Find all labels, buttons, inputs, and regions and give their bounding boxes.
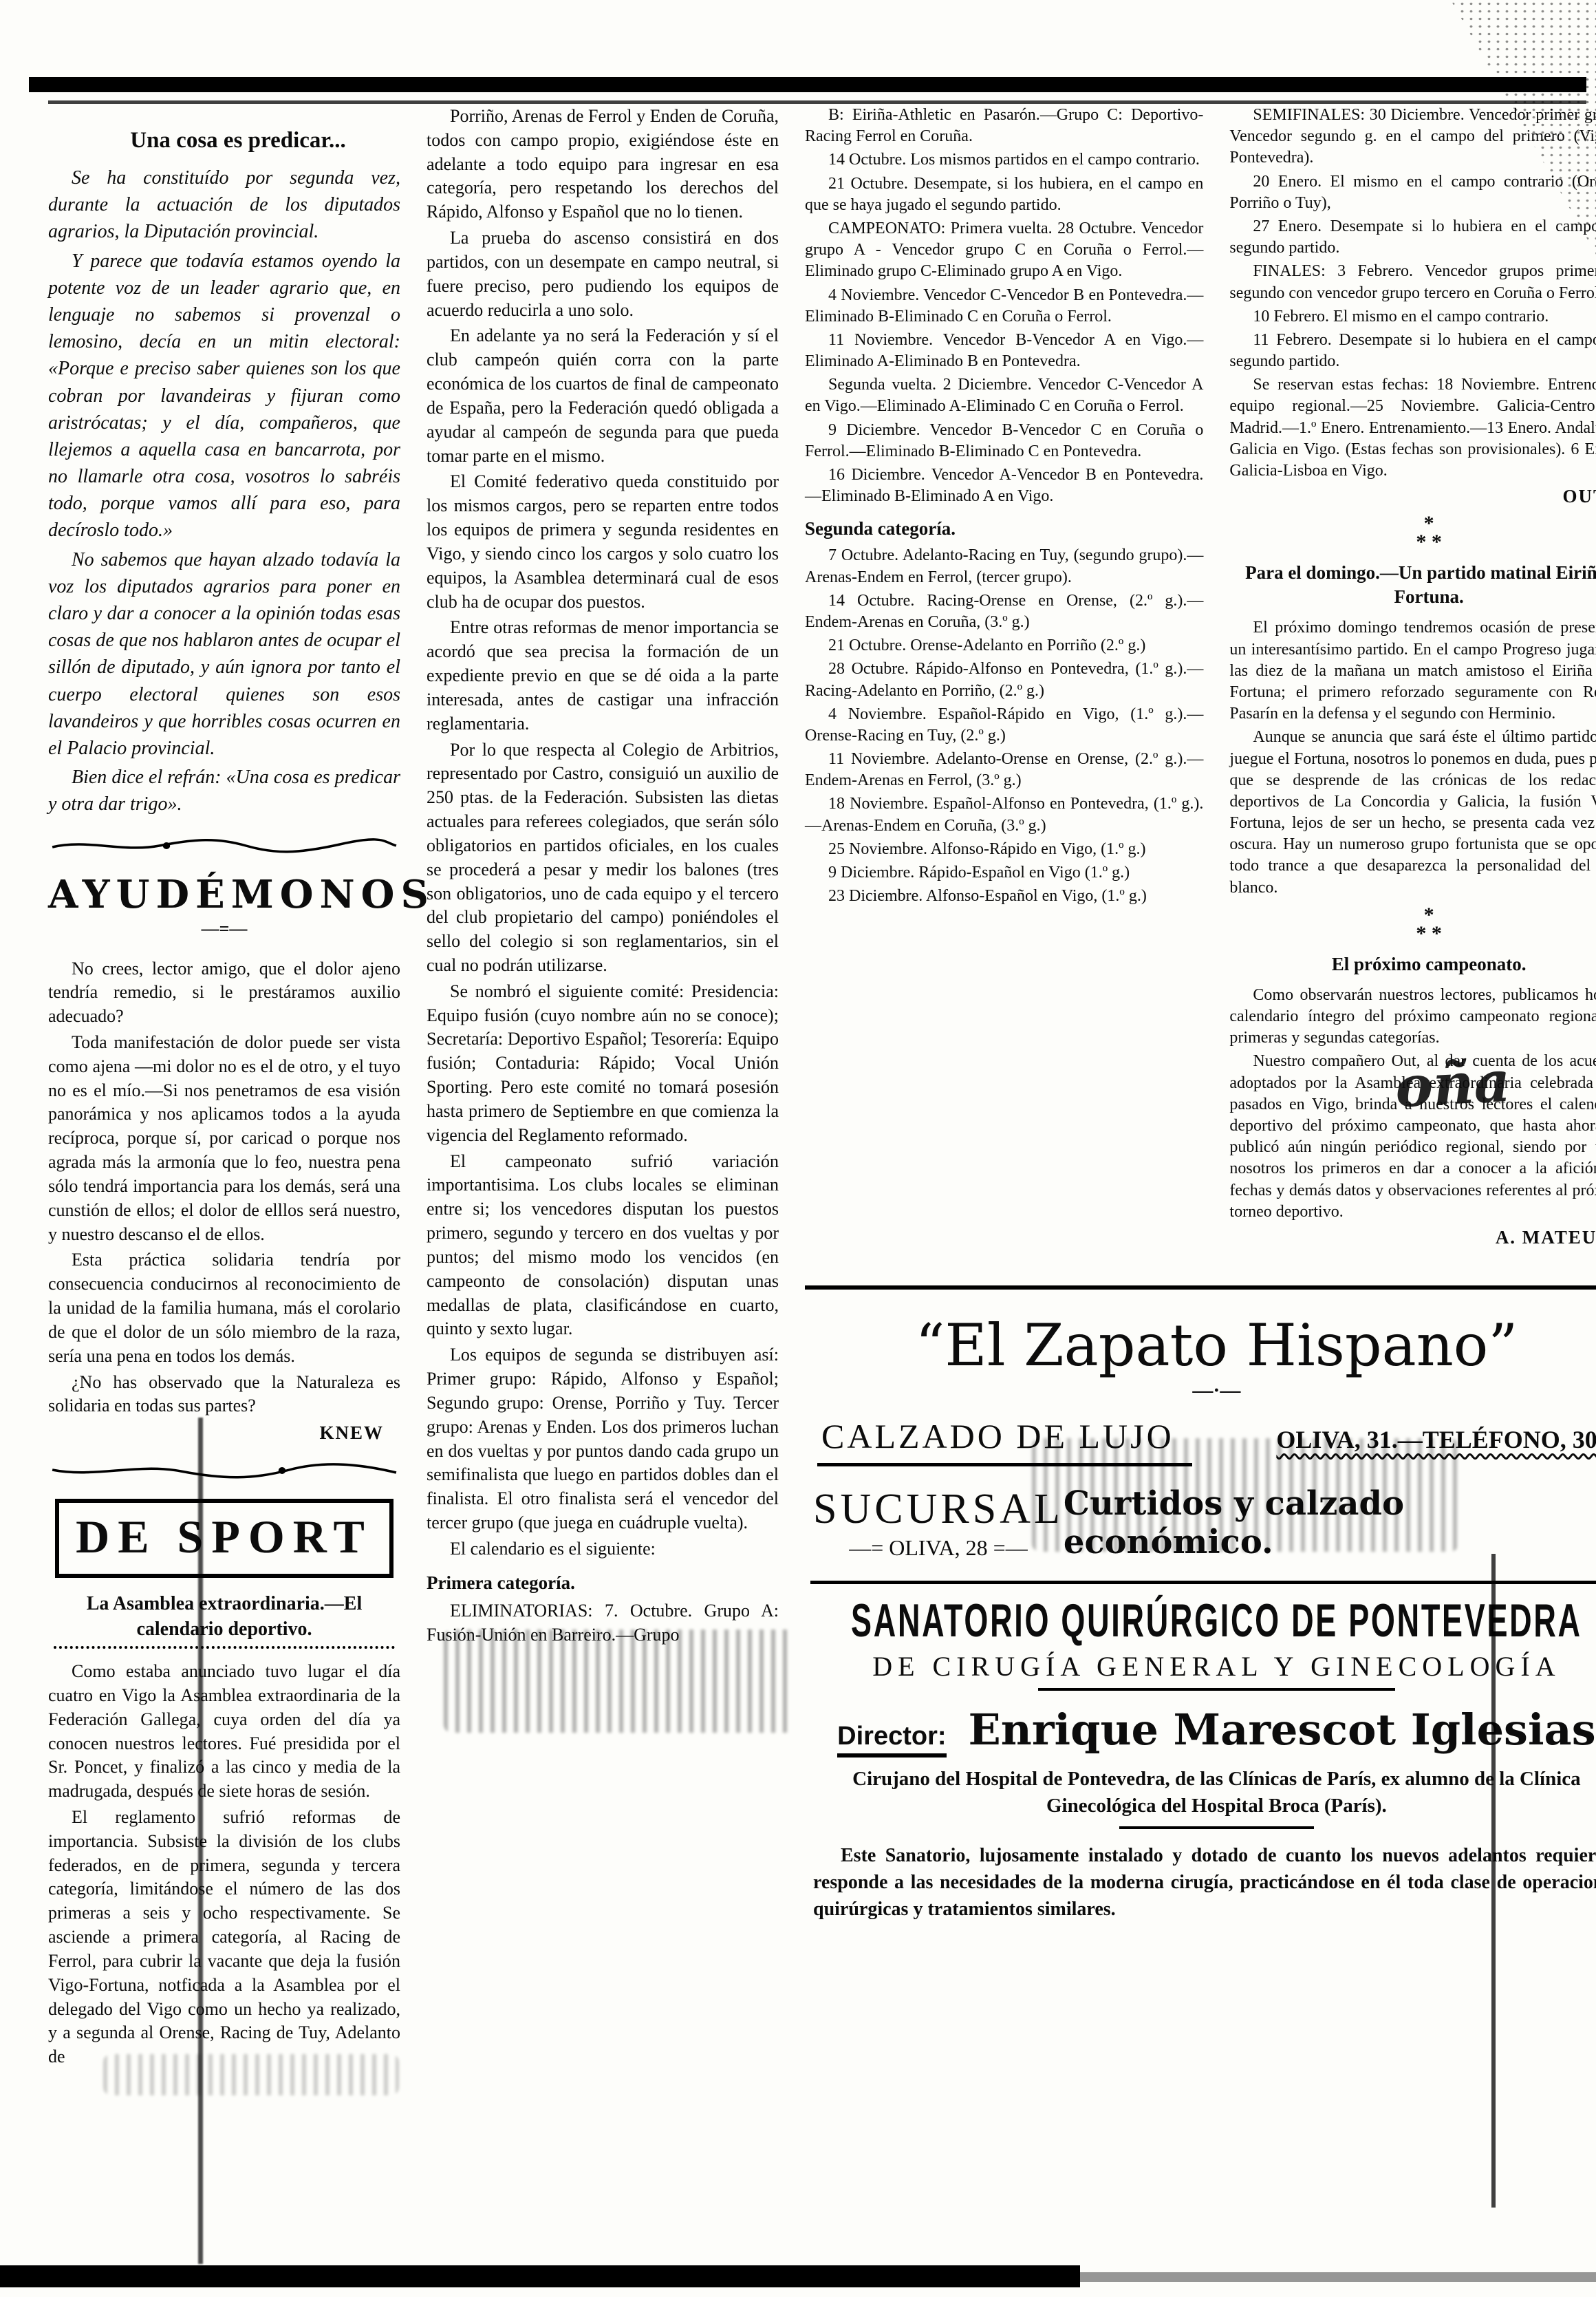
paragraph: ¿No has observado que la Naturaleza es s… [48, 1371, 400, 1419]
ornament-divider [51, 1462, 398, 1479]
top-rule [29, 77, 1586, 92]
asterism-divider: * * * [1229, 906, 1596, 943]
article-subtitle: El próximo campeonato. [1236, 952, 1596, 976]
paragraph: 7 Octubre. Adelanto-Racing en Tuy, (segu… [805, 545, 1203, 588]
paragraph: 21 Octubre. Orense-Adelanto en Porriño (… [805, 635, 1203, 656]
section-title-ayudemonos: AYUDÉMONOS [48, 872, 400, 917]
column-1: Una cosa es predicar... Se ha constituíd… [48, 105, 400, 2071]
asterism-bottom: * * [1229, 924, 1596, 943]
signature: KNEW [48, 1422, 400, 1444]
ad-divider-rule [810, 1581, 1596, 1584]
paragraph: El próximo domingo tendremos ocasión de … [1229, 617, 1596, 725]
paragraph: Por lo que respecta al Colegio de Arbitr… [427, 738, 779, 978]
bottom-rule [0, 2265, 1080, 2287]
ad-director-name: Enrique Marescot Iglesias [969, 1705, 1596, 1755]
ornament-divider [51, 836, 398, 854]
advertisements: “El Zapato Hispano” —·— CALZADO DE LUJO … [805, 1285, 1596, 1923]
dashed-rule [54, 1646, 395, 1649]
asterism-top: * [1229, 906, 1596, 924]
ad-tagline-luxury: CALZADO DE LUJO [817, 1416, 1192, 1466]
paragraph: 14 Octubre. Los mismos partidos en el ca… [805, 149, 1203, 171]
paragraph: 9 Diciembre. Vencedor B-Vencedor C en Co… [805, 420, 1203, 462]
paragraph: B: Eiriña-Athletic en Pasarón.—Grupo C: … [805, 105, 1203, 147]
ad-tagline-economy: Curtidos y calzado económico. [1064, 1484, 1596, 1561]
paragraph: Segunda vuelta. 2 Diciembre. Vencedor C-… [805, 374, 1203, 417]
paragraph: El reglamento sufrió reformas de importa… [48, 1806, 400, 2069]
signature: A. MATEUR [1229, 1227, 1596, 1248]
paragraph: El campeonato sufrió variación important… [427, 1150, 779, 1342]
paragraph: 4 Noviembre. Español-Rápido en Vigo, (1.… [805, 704, 1203, 747]
article-subtitle: La Asamblea extraordinaria.—El calendari… [51, 1592, 398, 1642]
paragraph: El Comité federativo queda constituido p… [427, 470, 779, 614]
paragraph: Como estaba anunciado tuvo lugar el día … [48, 1660, 400, 1804]
bottom-rule-right [1080, 2272, 1596, 2282]
paragraph: 11 Noviembre. Vencedor B-Vencedor A en V… [805, 330, 1203, 372]
ad-branch-address: —= OLIVA, 28 =— [813, 1535, 1064, 1561]
paragraph: No crees, lector amigo, que el dolor aje… [48, 957, 400, 1029]
paragraph: 28 Octubre. Rápido-Alfonso en Pontevedra… [805, 659, 1203, 701]
category-heading: Segunda categoría. [805, 518, 1203, 539]
asterism-divider: * * * [1229, 514, 1596, 551]
ad-address-phone: OLIVA, 31.—TELÉFONO, 308. [1276, 1425, 1596, 1454]
newspaper-page: Una cosa es predicar... Se ha constituíd… [0, 0, 1596, 2297]
paragraph: 11 Noviembre. Adelanto-Orense en Orense,… [805, 749, 1203, 791]
ad-title: “El Zapato Hispano” [810, 1312, 1596, 1379]
paragraph: 18 Noviembre. Español-Alfonso en Ponteve… [805, 793, 1203, 836]
paragraph: Se ha constituído por segunda vez, duran… [48, 164, 400, 246]
section-title-de-sport: DE SPORT [55, 1499, 393, 1578]
asterism-top: * [1229, 514, 1596, 533]
rule [1119, 1826, 1314, 1829]
paragraph: Se reservan estas fechas: 18 Noviembre. … [1229, 374, 1596, 482]
ad-subtitle: DE CIRUGÍA GENERAL Y GINECOLOGÍA [810, 1650, 1596, 1682]
article-title: Una cosa es predicar... [76, 128, 400, 153]
ad-credentials: Cirujano del Hospital de Pontevedra, de … [828, 1766, 1596, 1819]
column-3: B: Eiriña-Athletic en Pasarón.—Grupo C: … [805, 105, 1203, 1255]
paragraph: Se nombró el siguiente comité: Presidenc… [427, 980, 779, 1148]
paragraph: 4 Noviembre. Vencedor C-Vencedor B en Po… [805, 285, 1203, 328]
column-2: Porriño, Arenas de Ferrol y Enden de Cor… [427, 105, 779, 2071]
paragraph: FINALES: 3 Febrero. Vencedor grupos prim… [1229, 261, 1596, 303]
right-columns: B: Eiriña-Athletic en Pasarón.—Grupo C: … [805, 105, 1596, 1255]
ad-director-label: Director: [837, 1722, 946, 1758]
paragraph: Los equipos de segunda se distribuyen as… [427, 1343, 779, 1535]
column-4: SEMIFINALES: 30 Diciembre. Vencedor prim… [1229, 105, 1596, 1255]
paragraph: Entre otras reformas de menor importanci… [427, 616, 779, 736]
paragraph: 21 Octubre. Desempate, si los hubiera, e… [805, 173, 1203, 216]
ad-body: Este Sanatorio, lujosamente instalado y … [813, 1843, 1596, 1923]
asterism-bottom: * * [1229, 533, 1596, 551]
paragraph: Como observarán nuestros lectores, publi… [1229, 985, 1596, 1049]
ad-title: SANATORIO QUIRÚRGICO DE PONTEVEDRA [851, 1594, 1582, 1647]
signature: OUT. [1229, 486, 1596, 507]
paragraph: 9 Diciembre. Rápido-Español en Vigo (1.º… [805, 862, 1203, 884]
heading-ornament: —·— [810, 1379, 1596, 1402]
columns: Una cosa es predicar... Se ha constituíd… [48, 105, 1568, 2071]
heading-ornament: —=— [48, 919, 400, 939]
rule [1038, 1688, 1396, 1691]
paragraph: La prueba do ascenso consistirá en dos p… [427, 226, 779, 322]
article-subtitle: Para el domingo.—Un partido matinal Eiri… [1236, 561, 1596, 609]
ad-sanatorio: SANATORIO QUIRÚRGICO DE PONTEVEDRA DE CI… [810, 1601, 1596, 1923]
category-heading: Primera categoría. [427, 1572, 779, 1594]
paragraph: En adelante ya no será la Federación y s… [427, 324, 779, 468]
right-half: B: Eiriña-Athletic en Pasarón.—Grupo C: … [805, 105, 1596, 2071]
paragraph: Aunque se anuncia que sará éste el últim… [1229, 727, 1596, 899]
paragraph: 23 Diciembre. Alfonso-Español en Vigo, (… [805, 886, 1203, 907]
paragraph: Y parece que todavía estamos oyendo la p… [48, 248, 400, 544]
paragraph: Porriño, Arenas de Ferrol y Enden de Cor… [427, 105, 779, 224]
paragraph: ELIMINATORIAS: 7. Octubre. Grupo A: Fusi… [427, 1599, 779, 1647]
paragraph: Nuestro compañero Out, al dar cuenta de … [1229, 1051, 1596, 1223]
paragraph: No sabemos que hayan alzado todavía la v… [48, 546, 400, 762]
paragraph: 20 Enero. El mismo en el campo contrario… [1229, 171, 1596, 214]
paragraph: 14 Octubre. Racing-Orense en Orense, (2.… [805, 590, 1203, 633]
ad-zapato-hispano: “El Zapato Hispano” —·— CALZADO DE LUJO … [810, 1312, 1596, 1561]
paragraph: 27 Enero. Desempate si lo hubiera en el … [1229, 216, 1596, 259]
paragraph: 10 Febrero. El mismo en el campo contrar… [1229, 306, 1596, 328]
paragraph: Toda manifestación de dolor puede ser vi… [48, 1031, 400, 1246]
paragraph: 11 Febrero. Desempate si lo hubiera en e… [1229, 330, 1596, 372]
paragraph: 16 Diciembre. Vencedor A-Vencedor B en P… [805, 464, 1203, 507]
paragraph: SEMIFINALES: 30 Diciembre. Vencedor prim… [1229, 105, 1596, 169]
paragraph: CAMPEONATO: Primera vuelta. 28 Octubre. … [805, 218, 1203, 283]
paragraph: El calendario es el siguiente: [427, 1537, 779, 1561]
paragraph: Esta práctica solidaria tendría por cons… [48, 1248, 400, 1368]
paragraph: Bien dice el refrán: «Una cosa es predic… [48, 764, 400, 818]
ad-branch-label: SUCURSAL [813, 1485, 1064, 1534]
paragraph: 25 Noviembre. Alfonso-Rápido en Vigo, (1… [805, 839, 1203, 860]
top-rule-thin [48, 100, 1586, 104]
